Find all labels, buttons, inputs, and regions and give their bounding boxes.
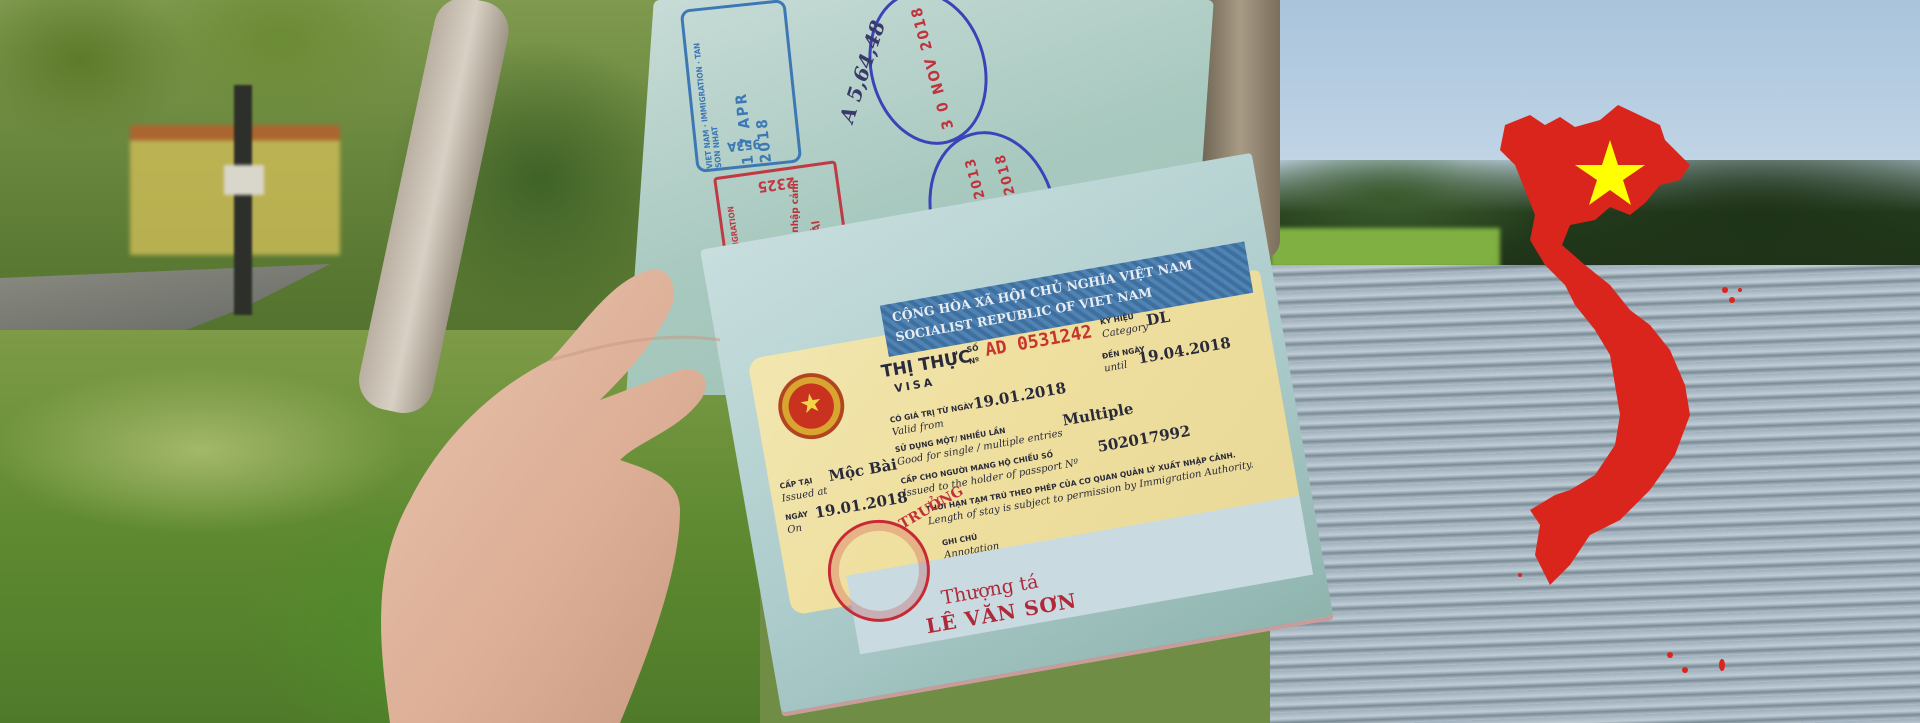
sign-pole xyxy=(234,85,252,315)
stamp-label: VIET NAM · IMMIGRATION · TAN SON NHAT xyxy=(691,30,723,169)
stamp-date: 3 0 NOV 2018 xyxy=(907,4,957,132)
vietnam-map-flag-icon xyxy=(1500,95,1780,685)
road-sign xyxy=(224,165,264,195)
number-label-en: Nº xyxy=(968,355,980,366)
hand xyxy=(350,270,790,723)
vietnam-exit-stamp: VIET NAM · IMMIGRATION · TAN SON NHAT 1 … xyxy=(680,0,803,173)
